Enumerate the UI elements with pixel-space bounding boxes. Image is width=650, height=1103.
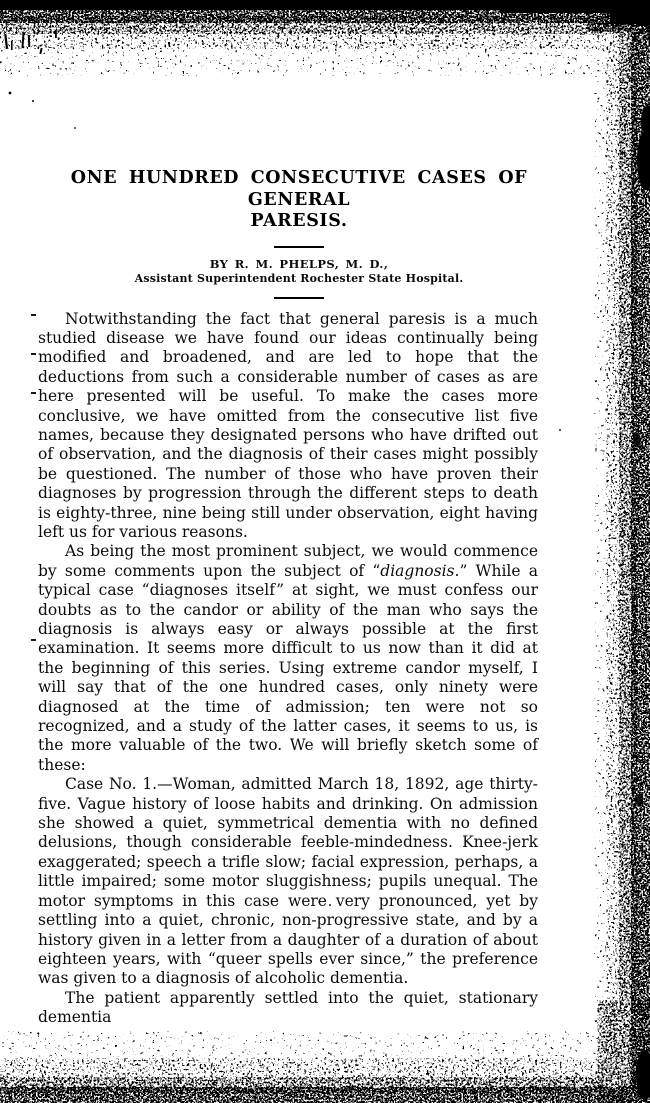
paragraph: The patient apparently settled into the … [38,989,538,1028]
title-divider [274,246,324,248]
paragraph: Notwithstanding the fact that general pa… [38,310,538,543]
handwriting-marks [4,30,76,129]
scanned-page: ONE HUNDRED CONSECUTIVE CASES OF GENERAL… [0,0,650,1103]
paragraph: As being the most prominent subject, we … [38,542,538,775]
byline-affiliation: Assistant Superintendent Rochester State… [60,272,538,285]
title-line-1: ONE HUNDRED CONSECUTIVE CASES OF GENERAL [60,168,538,211]
byline-divider [274,297,324,299]
body-text: ” While a typical case “diagnoses itself… [38,562,538,774]
body-text: Case No. 1.—Woman, admitted March 18, 18… [38,775,538,987]
paragraph: Case No. 1.—Woman, admitted March 18, 18… [38,775,538,988]
body-text: Notwithstanding the fact that general pa… [38,310,538,541]
article-header: ONE HUNDRED CONSECUTIVE CASES OF GENERAL… [38,168,538,299]
title-line-2: PARESIS. [60,211,538,233]
italic-text: diagnosis. [380,562,459,580]
body-text: The patient apparently settled into the … [38,989,538,1026]
page-content: ONE HUNDRED CONSECUTIVE CASES OF GENERAL… [38,168,538,1028]
right-edge-artifact [596,0,650,1103]
byline: BY R. M. PHELPS, M. D., [60,257,538,271]
top-edge-artifact [0,0,650,74]
article-body: Notwithstanding the fact that general pa… [38,310,538,1028]
article-title: ONE HUNDRED CONSECUTIVE CASES OF GENERAL… [60,168,538,233]
